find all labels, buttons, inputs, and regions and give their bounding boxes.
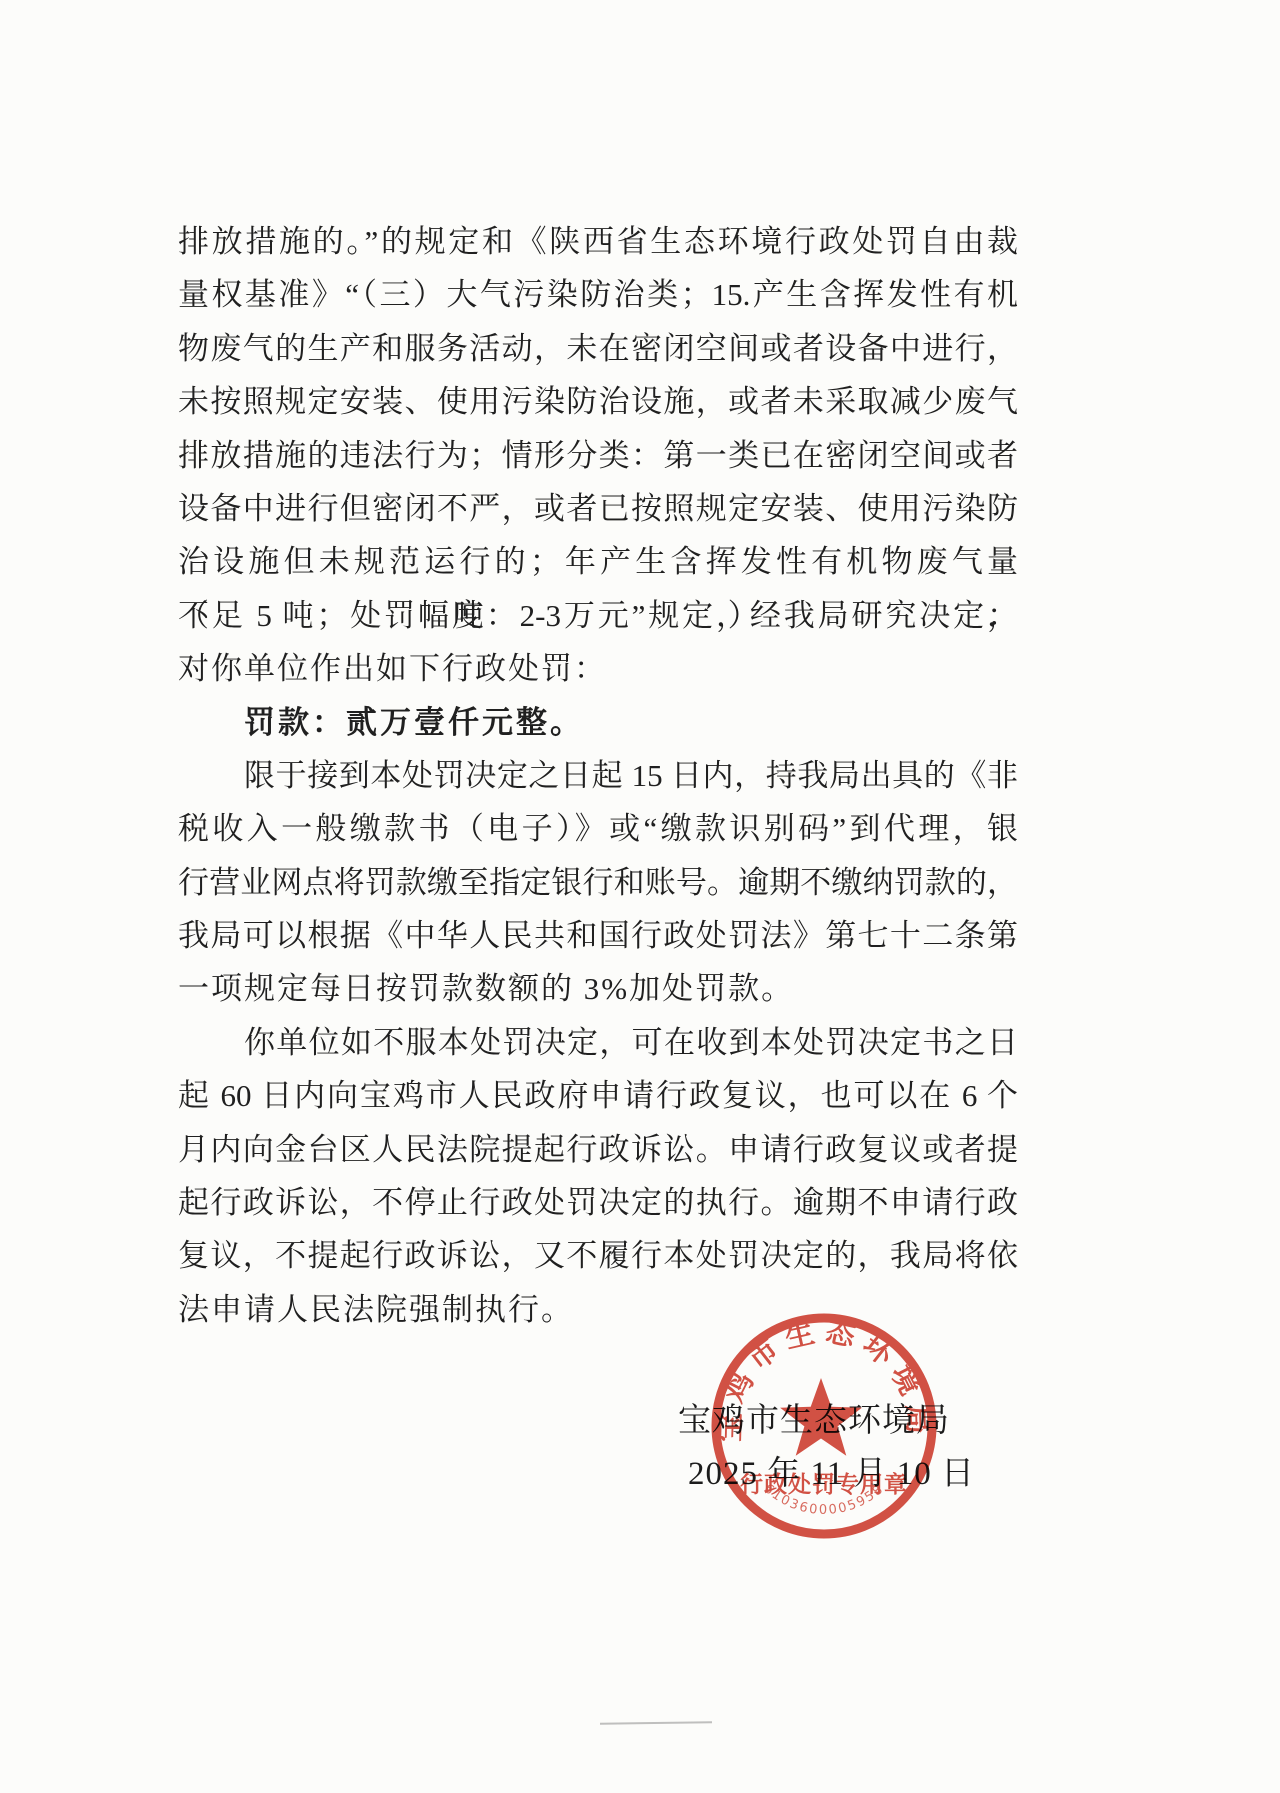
penalty-amount-line: 罚款：贰万壹仟元整。 <box>178 696 1018 749</box>
seal-star-icon <box>780 1378 862 1456</box>
body-line: 排放措施的违法行为；情形分类：第一类已在密闭空间或者 <box>178 429 1018 482</box>
body-line: 排放措施的。”的规定和《陕西省生态环境行政处罚自由裁 <box>178 215 1018 268</box>
body-line: 我局可以根据《中华人民共和国行政处罚法》第七十二条第 <box>178 909 1018 962</box>
scan-artifact-line <box>600 1721 712 1725</box>
body-line: 你单位如不服本处罚决定，可在收到本处罚决定书之日 <box>178 1016 1018 1069</box>
body-line: 行营业网点将罚款缴至指定银行和账号。逾期不缴纳罚款的， <box>178 856 1018 909</box>
body-line: 物废气的生产和服务活动，未在密闭空间或者设备中进行， <box>178 322 1018 375</box>
scanned-document-page: 排放措施的。”的规定和《陕西省生态环境行政处罚自由裁 量权基准》“（三）大气污染… <box>0 0 1280 1793</box>
body-line: 量权基准》“（三）大气污染防治类；15.产生含挥发性有机 <box>178 268 1018 321</box>
document-body: 排放措施的。”的规定和《陕西省生态环境行政处罚自由裁 量权基准》“（三）大气污染… <box>178 215 1018 1336</box>
body-line: 月内向金台区人民法院提起行政诉讼。申请行政复议或者提 <box>178 1123 1018 1176</box>
body-line: 对你单位作出如下行政处罚： <box>178 642 1018 695</box>
body-line: 不足 5 吨；处罚幅度：2-3万元”规定，经我局研究决定， <box>178 589 1018 642</box>
body-line: 限于接到本处罚决定之日起 15 日内，持我局出具的《非 <box>178 749 1018 802</box>
body-line: 一项规定每日按罚款数额的 3%加处罚款。 <box>178 962 1018 1015</box>
official-seal: 宝鸡市生态环境局 行政处罚专用章 6103600005958 <box>704 1310 944 1544</box>
body-line: 起行政诉讼，不停止行政处罚决定的执行。逾期不申请行政 <box>178 1176 1018 1229</box>
body-line: 起 60 日内向宝鸡市人民政府申请行政复议，也可以在 6 个 <box>178 1069 1018 1122</box>
body-line: 治设施但未规范运行的；年产生含挥发性有机物废气量（吨）： <box>178 535 1018 588</box>
body-line: 未按照规定安装、使用污染防治设施，或者未采取减少废气 <box>178 375 1018 428</box>
body-line: 税收入一般缴款书（电子）》或“缴款识别码”到代理，银 <box>178 802 1018 855</box>
body-line: 复议，不提起行政诉讼，又不履行本处罚决定的，我局将依 <box>178 1229 1018 1282</box>
body-line: 设备中进行但密闭不严，或者已按照规定安装、使用污染防 <box>178 482 1018 535</box>
